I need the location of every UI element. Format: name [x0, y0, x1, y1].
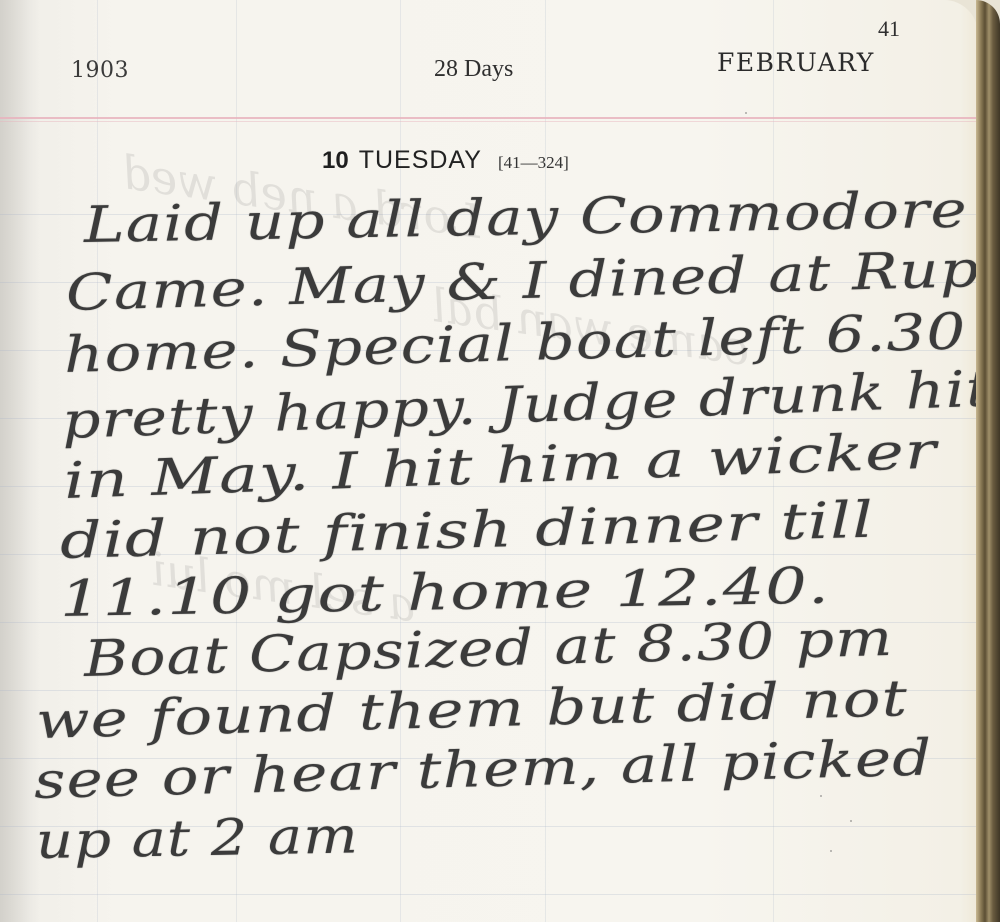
days-in-month-label: 28 Days [434, 56, 513, 83]
diary-page: Lord a neb wed came wan bal a sel mo lui… [0, 0, 978, 922]
header-rule [0, 117, 978, 119]
page-number: 41 [878, 16, 900, 42]
day-of-year-range: [41—324] [498, 153, 569, 173]
weekday: TUESDAY [359, 146, 482, 175]
handwritten-line: up at 2 am [35, 806, 359, 870]
paper-speck [830, 850, 832, 852]
paper-speck [820, 795, 822, 797]
month-label: FEBRUARY [717, 48, 875, 77]
date-heading: 10 TUESDAY [41—324] [322, 146, 569, 175]
header-rule-shadow [0, 121, 978, 122]
day-number: 10 [322, 147, 349, 175]
year-label: 1903 [71, 58, 129, 83]
ruled-line [0, 894, 978, 895]
book-cover-edge [976, 0, 1000, 922]
paper-speck [850, 820, 852, 822]
paper-speck [745, 112, 747, 114]
